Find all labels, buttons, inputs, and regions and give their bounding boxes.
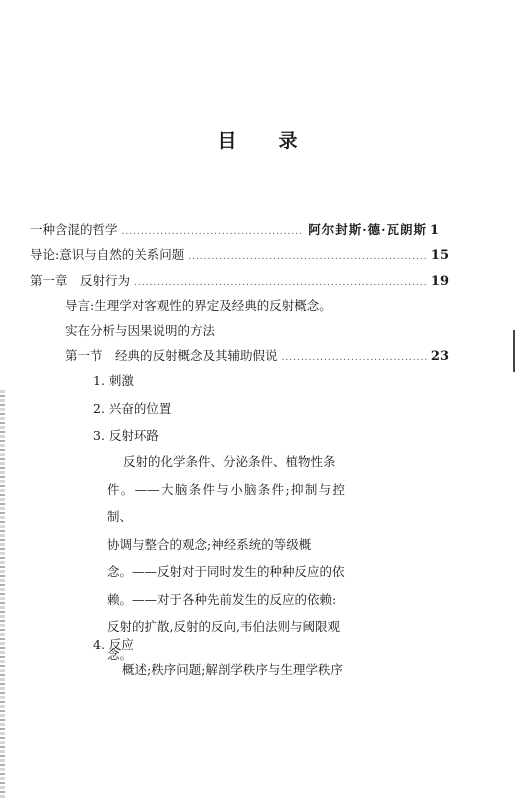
- paragraph-line: 反射的化学条件、分泌条件、植物性条: [107, 448, 345, 476]
- paragraph-line: 件。——大脑条件与小脑条件;抑制与控制、: [107, 476, 345, 531]
- title-char-1: 目: [217, 126, 236, 153]
- paragraph-line: 赖。——对于各种先前发生的反应的依赖:: [107, 586, 345, 614]
- toc-entry[interactable]: 第一节 经典的反射概念及其辅助假说 23: [65, 348, 449, 366]
- toc-entry-author: 阿尔封斯·德·瓦朗斯: [308, 222, 427, 238]
- scan-edge-left: [0, 390, 5, 800]
- toc-entry[interactable]: 实在分析与因果说明的方法: [65, 323, 215, 339]
- toc-entry[interactable]: 3. 反射环路: [93, 428, 159, 444]
- title-char-2: 录: [279, 126, 298, 153]
- toc-entry[interactable]: 概述;秩序问题;解剖学秩序与生理学秩序: [122, 662, 343, 678]
- toc-subtopics-paragraph: 反射的化学条件、分泌条件、植物性条 件。——大脑条件与小脑条件;抑制与控制、 协…: [107, 448, 345, 668]
- dot-leader: [188, 249, 427, 265]
- toc-entry[interactable]: 4. 反应: [93, 637, 134, 653]
- dot-leader: [282, 350, 427, 366]
- toc-entry[interactable]: 一种含混的哲学 阿尔封斯·德·瓦朗斯 1: [30, 222, 439, 240]
- toc-entry-title: 导论:意识与自然的关系问题: [30, 247, 184, 263]
- toc-entry-page: 19: [431, 274, 449, 290]
- paragraph-line: 协调与整合的观念;神经系统的等级概: [107, 531, 345, 559]
- toc-entry-page: 15: [431, 248, 449, 264]
- page-title: 目录: [0, 126, 515, 153]
- toc-entry-title: 第一节 经典的反射概念及其辅助假说: [65, 348, 278, 364]
- dot-leader: [134, 275, 427, 291]
- dot-leader: [122, 224, 305, 240]
- toc-entry-page: 23: [431, 349, 449, 365]
- paragraph-line: 念。——反射对于同时发生的种种反应的依: [107, 558, 345, 586]
- toc-entry-page: 1: [430, 223, 439, 239]
- toc-entry-title: 第一章 反射行为: [30, 273, 130, 289]
- toc-entry-title: 一种含混的哲学: [30, 222, 118, 238]
- toc-entry[interactable]: 1. 刺激: [93, 373, 134, 389]
- paragraph-line: 反射的扩散,反射的反向,韦伯法则与阈限观: [107, 613, 345, 641]
- toc-entry[interactable]: 第一章 反射行为 19: [30, 273, 449, 291]
- toc-entry[interactable]: 导言:生理学对客观性的界定及经典的反射概念。: [65, 298, 332, 314]
- toc-entry[interactable]: 导论:意识与自然的关系问题 15: [30, 247, 449, 265]
- toc-entry[interactable]: 2. 兴奋的位置: [93, 401, 171, 417]
